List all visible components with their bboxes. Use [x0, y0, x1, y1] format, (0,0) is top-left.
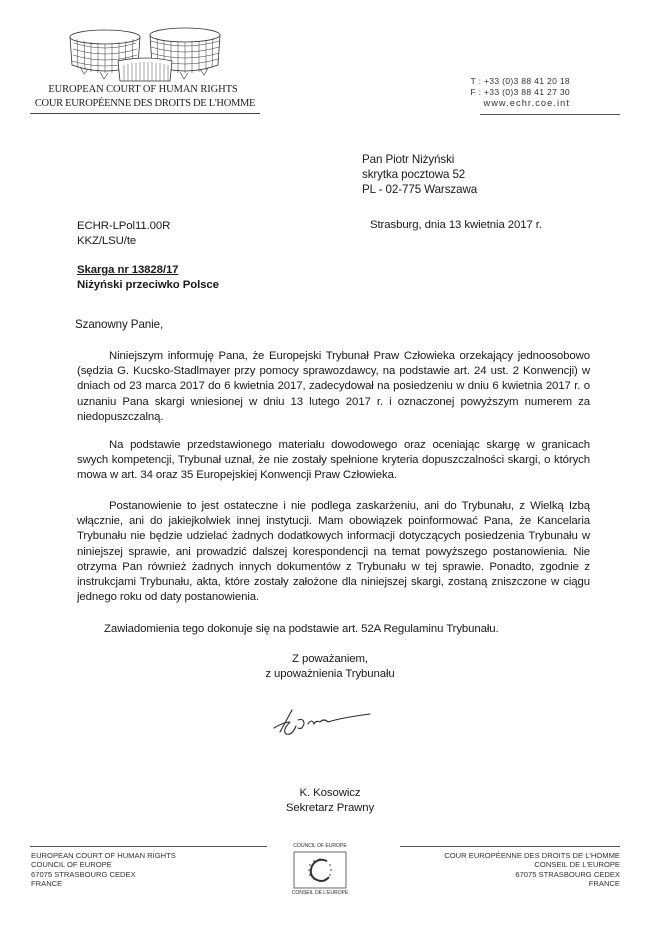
footer-line: COUNCIL OF EUROPE	[31, 860, 176, 869]
footer-divider-left	[30, 846, 267, 847]
reference-initials: KKZ/LSU/te	[77, 234, 170, 249]
case-title: Niżyński przeciwko Polsce	[77, 278, 219, 293]
footer-line: COUR EUROPÉENNE DES DROITS DE L'HOMME	[444, 851, 620, 860]
signer-name: K. Kosowicz	[230, 786, 430, 801]
court-name-french: COUR EUROPÉENNE DES DROITS DE L'HOMME	[30, 98, 260, 109]
footer-line: 67075 STRASBOURG CEDEX	[31, 870, 176, 879]
body-paragraph: Zawiadomienia tego dokonuje się na podst…	[104, 622, 604, 637]
court-building-icon	[60, 25, 230, 85]
closing-block: Z poważaniem, z upoważnienia Trybunału	[230, 652, 430, 682]
case-heading: Skarga nr 13828/17 Niżyński przeciwko Po…	[77, 263, 219, 293]
signer-block: K. Kosowicz Sekretarz Prawny	[230, 786, 430, 816]
place-and-date: Strasburg, dnia 13 kwietnia 2017 r.	[370, 219, 542, 231]
council-of-europe-emblem-icon	[293, 851, 347, 889]
addressee-address-line2: PL - 02-775 Warszawa	[362, 182, 477, 197]
coe-label-french: CONSEIL DE L'EUROPE	[284, 890, 356, 896]
fax-number: F : +33 (0)3 88 41 27 30	[470, 87, 570, 98]
coe-label-english: COUNCIL OF EUROPE	[284, 843, 356, 849]
reference-code: ECHR-LPol11.00R	[77, 219, 170, 234]
footer-line: 67075 STRASBOURG CEDEX	[444, 870, 620, 879]
phone-number: T : +33 (0)3 88 41 20 18	[470, 76, 570, 87]
footer-divider-right	[400, 846, 620, 847]
footer-line: EUROPEAN COURT OF HUMAN RIGHTS	[31, 851, 176, 860]
body-paragraph: Postanowienie to jest ostateczne i nie p…	[77, 499, 590, 605]
body-paragraph: Niniejszym informuję Pana, że Europejski…	[77, 349, 590, 425]
contact-divider	[480, 114, 620, 115]
footer-line: FRANCE	[444, 879, 620, 888]
footer-line: CONSEIL DE L'EUROPE	[444, 860, 620, 869]
footer-line: FRANCE	[31, 879, 176, 888]
greeting: Szanowny Panie,	[75, 318, 163, 331]
body-paragraph: Na podstawie przedstawionego materiału d…	[77, 438, 590, 484]
closing-authority: z upoważnienia Trybunału	[230, 667, 430, 682]
case-number: Skarga nr 13828/17	[77, 263, 219, 278]
closing-salutation: Z poważaniem,	[230, 652, 430, 667]
website-link[interactable]: www.echr.coe.int	[470, 98, 570, 109]
addressee-name: Pan Piotr Niżyński	[362, 152, 477, 167]
court-name-english: EUROPEAN COURT OF HUMAN RIGHTS	[43, 84, 243, 95]
handwritten-signature-icon	[270, 700, 380, 745]
council-of-europe-logo: COUNCIL OF EUROPE CONSEIL DE L'EUROPE	[284, 843, 356, 898]
footer-address-english: EUROPEAN COURT OF HUMAN RIGHTS COUNCIL O…	[31, 851, 176, 888]
signer-title: Sekretarz Prawny	[230, 801, 430, 816]
addressee-address-line1: skrytka pocztowa 52	[362, 167, 477, 182]
footer-address-french: COUR EUROPÉENNE DES DROITS DE L'HOMME CO…	[444, 851, 620, 888]
contact-block: T : +33 (0)3 88 41 20 18 F : +33 (0)3 88…	[470, 76, 570, 109]
reference-block: ECHR-LPol11.00R KKZ/LSU/te	[77, 219, 170, 249]
addressee-block: Pan Piotr Niżyński skrytka pocztowa 52 P…	[362, 152, 477, 197]
header-divider	[30, 113, 260, 114]
